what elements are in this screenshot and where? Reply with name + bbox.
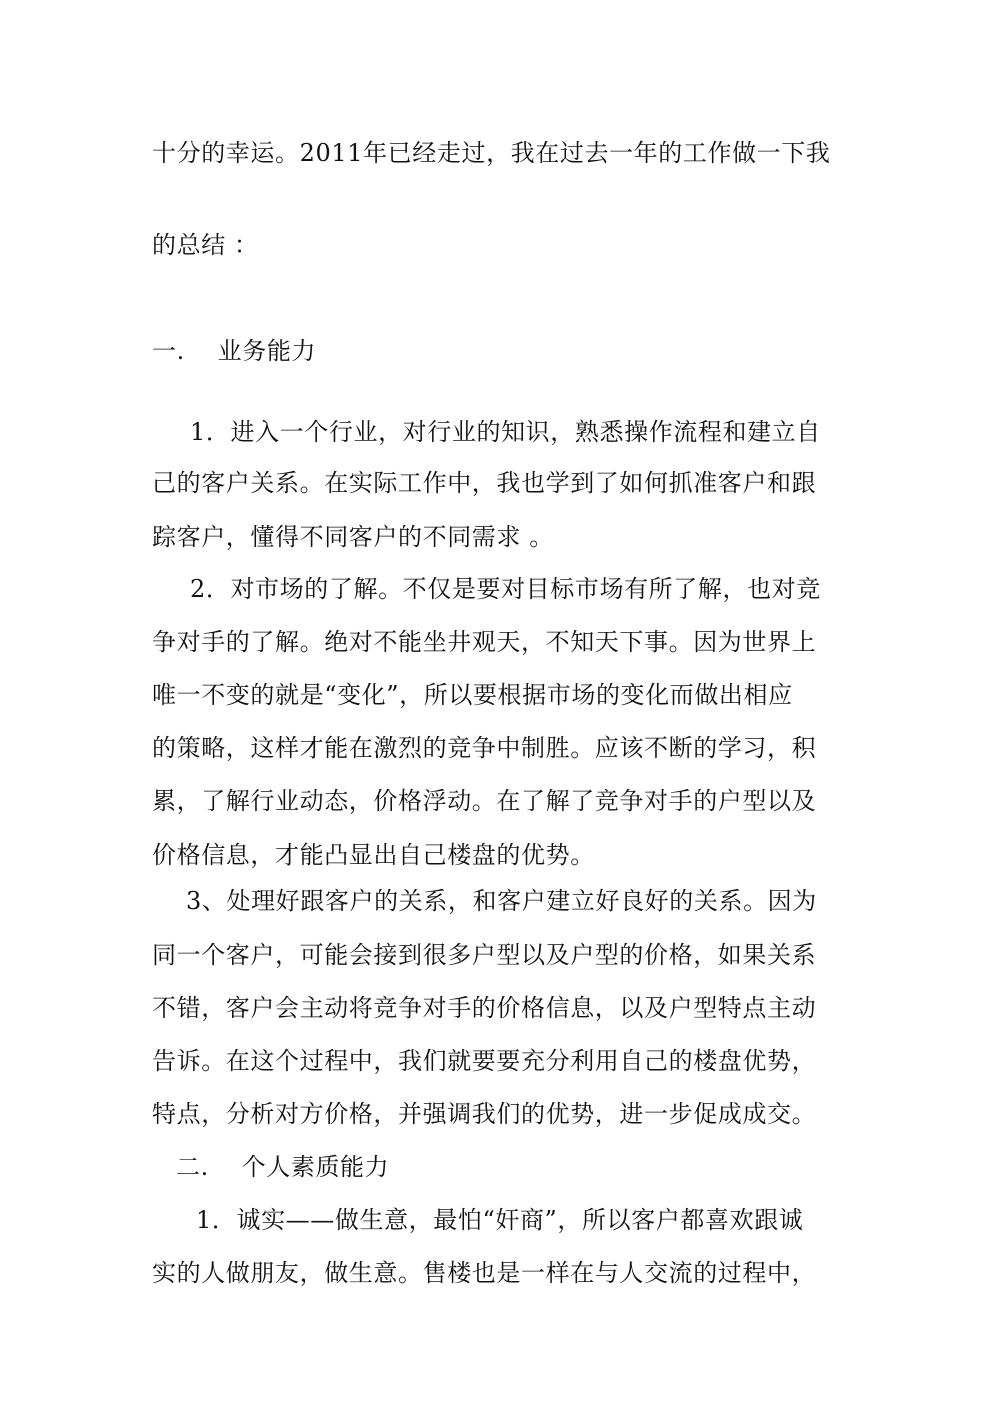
text-line: 的总结 ： [152,230,259,260]
text-line: 己的客户关系。在实际工作中，我也学到了如何抓准客户和跟 [152,468,816,498]
text-line: 2．对市场的了解。不仅是要对目标市场有所了解，也对竞 [190,574,821,604]
text-line: 1．诚实——做生意，最怕“奸商”，所以客户都喜欢跟诚 [196,1205,803,1235]
text-line: 二. 个人素质能力 [176,1152,389,1182]
text-line: 唯一不变的就是“变化”，所以要根据市场的变化而做出相应 [152,680,793,710]
text-line: 1．进入一个行业，对行业的知识，熟悉操作流程和建立自 [190,417,821,447]
text-line: 争对手的了解。绝对不能坐井观天，不知天下事。因为世界上 [152,627,816,657]
text-line: 不错，客户会主动将竞争对手的价格信息，以及户型特点主动 [152,993,816,1023]
text-line: 一. 业务能力 [152,336,316,366]
text-line: 的策略，这样才能在激烈的竞争中制胜。应该不断的学习，积 [152,733,816,763]
text-line: 踪客户，懂得不同客户的不同需求 。 [152,522,554,552]
text-line: 告诉。在这个过程中，我们就要要充分利用自己的楼盘优势， [152,1046,816,1076]
text-line: 实的人做朋友，做生意。售楼也是一样在与人交流的过程中， [152,1258,816,1288]
text-line: 特点，分析对方价格，并强调我们的优势，进一步促成成交。 [152,1099,816,1129]
text-line: 3、处理好跟客户的关系，和客户建立好良好的关系。因为 [186,886,817,916]
text-line: 同一个客户，可能会接到很多户型以及户型的价格，如果关系 [152,940,816,970]
text-line: 累，了解行业动态，价格浮动。在了解了竞争对手的户型以及 [152,786,816,816]
text-line: 十分的幸运。2011年已经走过，我在过去一年的工作做一下我 [152,138,830,168]
text-line: 价格信息，才能凸显出自己楼盘的优势。 [152,840,595,870]
